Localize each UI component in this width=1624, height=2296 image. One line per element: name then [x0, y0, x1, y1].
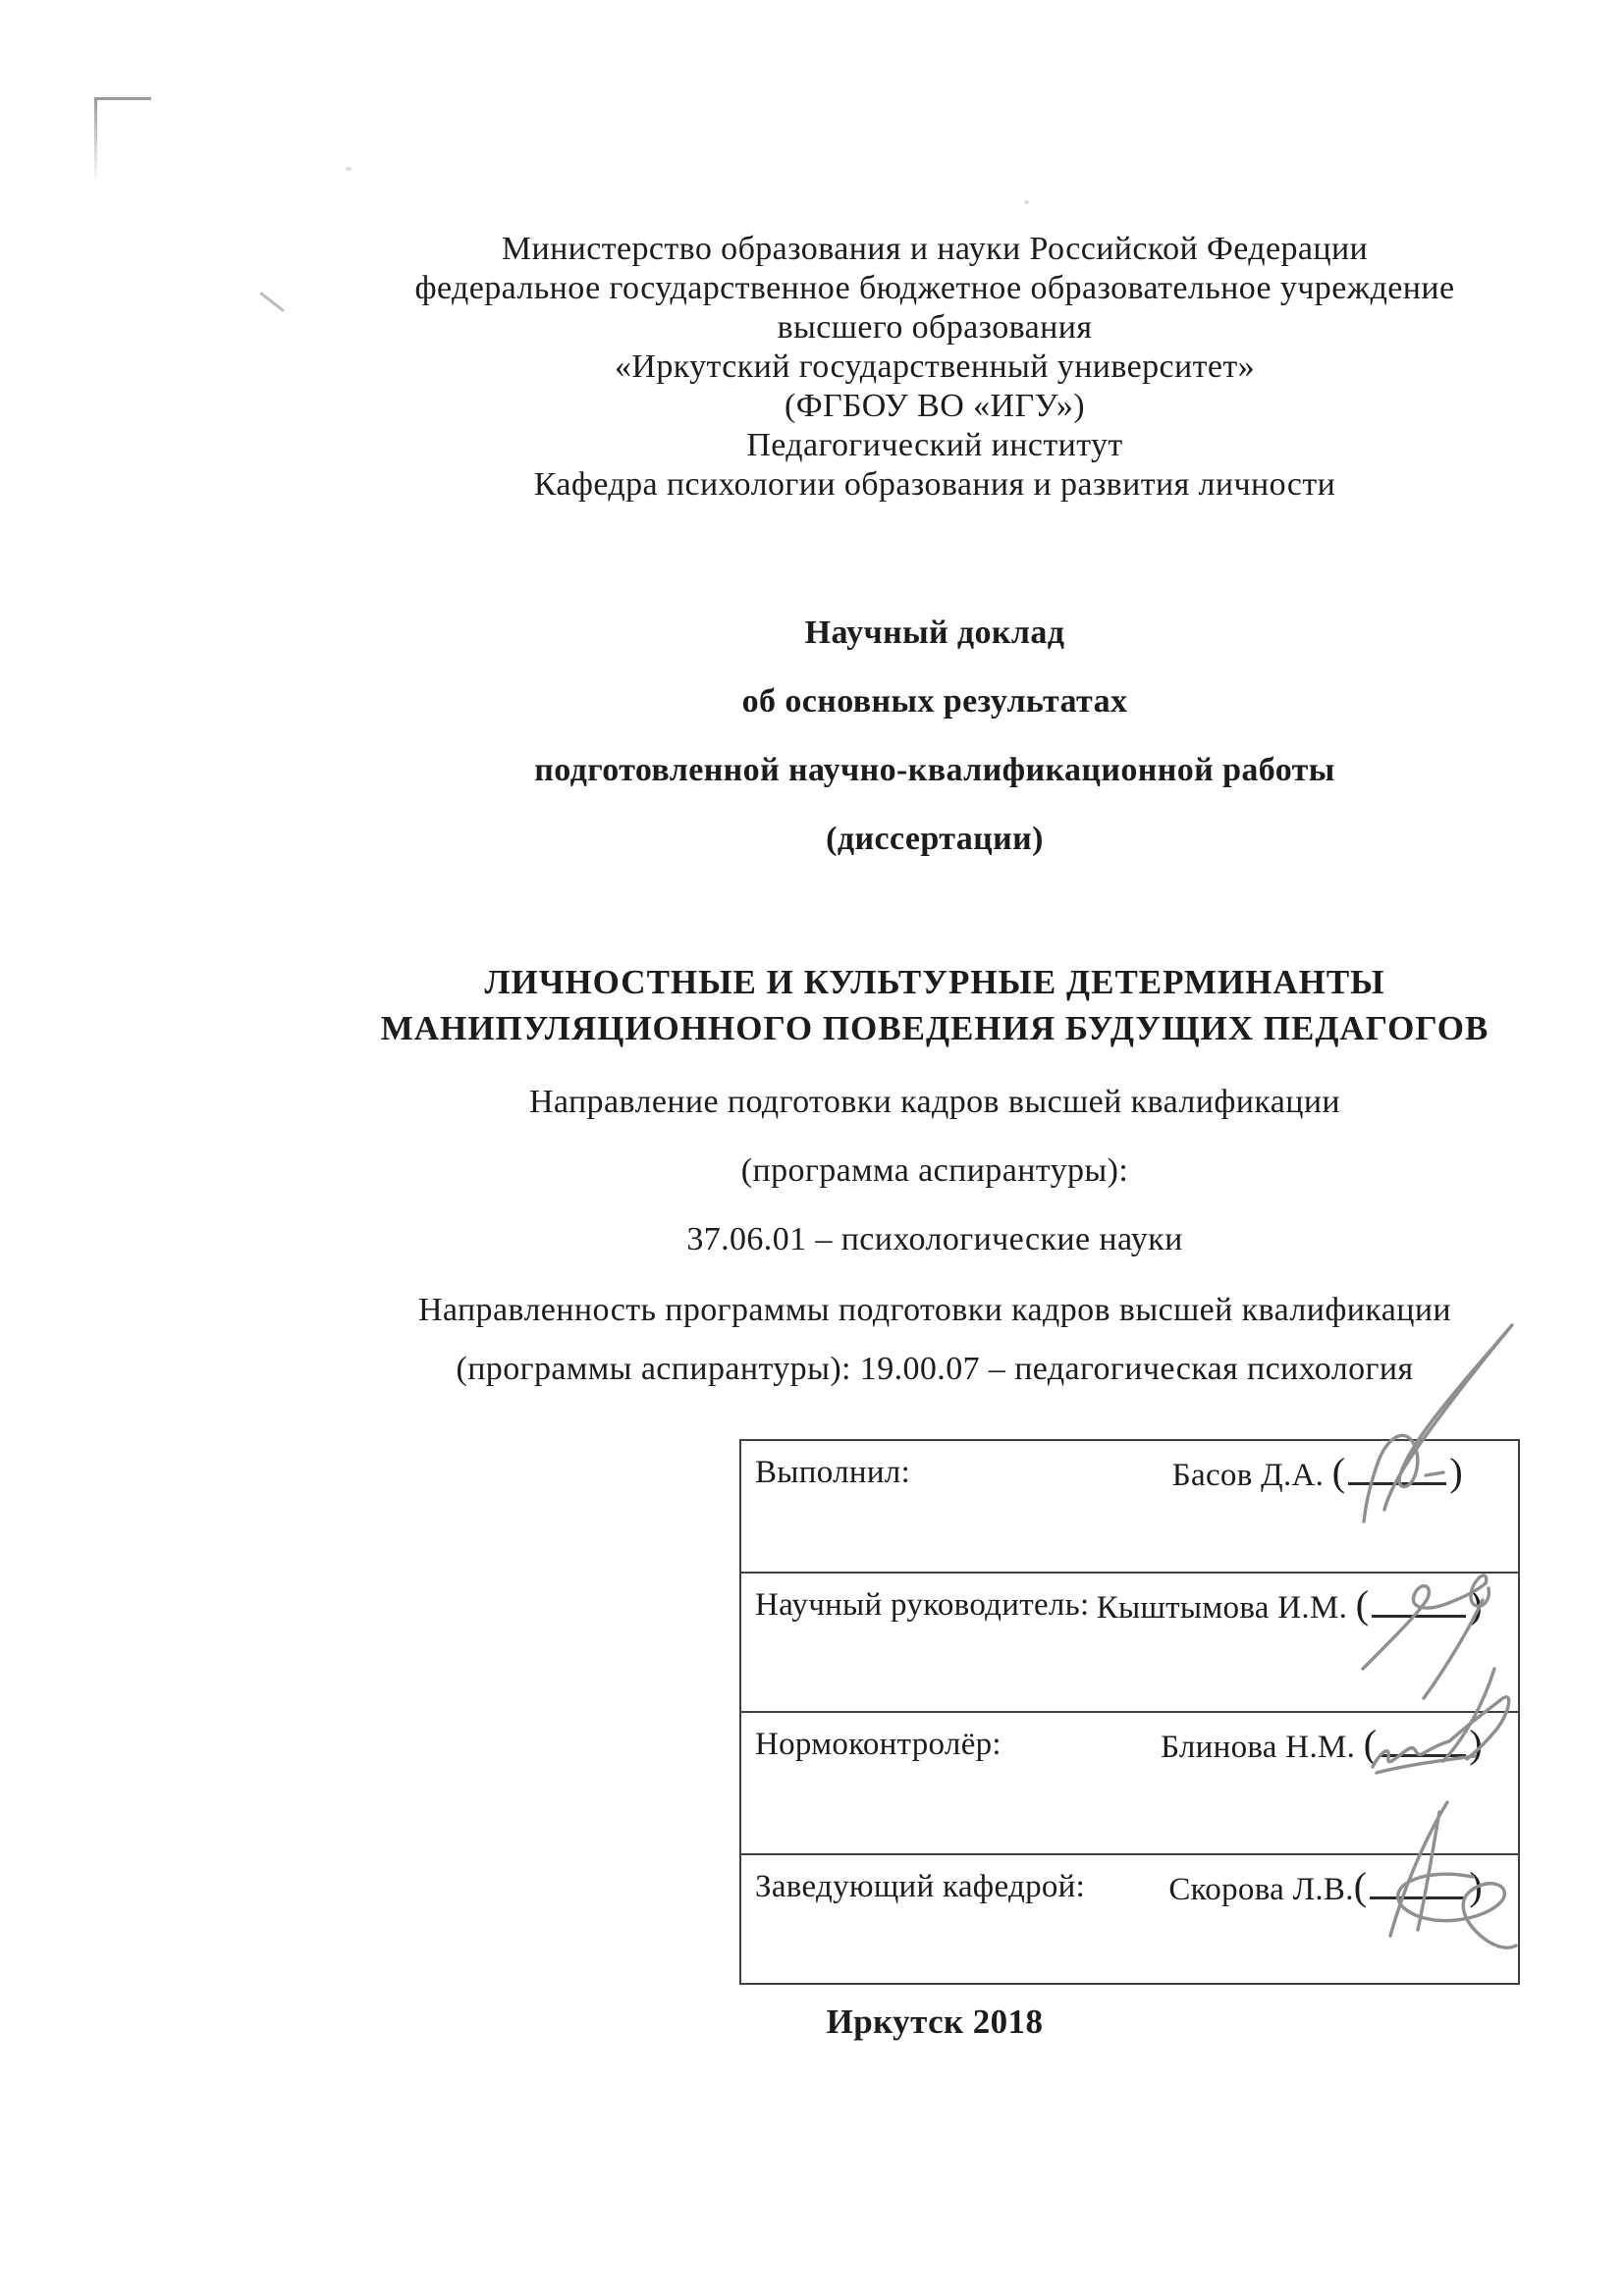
scan-speck — [346, 167, 352, 171]
table-row-department-head: Заведующий кафедрой: Скорова Л.В.() — [741, 1853, 1518, 1983]
specialization-block: Направленность программы подготовки кадр… — [245, 1281, 1624, 1399]
specialization-line-1: Направленность программы подготовки кадр… — [245, 1281, 1624, 1340]
report-line-2: об основных результатах — [245, 667, 1624, 736]
report-line-4: (диссертации) — [245, 805, 1624, 874]
title-line-1: ЛИЧНОСТНЫЕ И КУЛЬТУРНЫЕ ДЕТЕРМИНАНТЫ — [245, 959, 1624, 1005]
scan-corner-mark-horizontal — [94, 97, 151, 100]
report-line-3: подготовленной научно-квалификационной р… — [245, 736, 1624, 805]
signature-table: Выполнил: Басов Д.А. () Научный руководи… — [739, 1439, 1520, 1985]
signee-name: Блинова Н.М. — [1161, 1730, 1355, 1765]
header-line-institution: федеральное государственное бюджетное об… — [245, 269, 1624, 308]
paren-close: ) — [1469, 1864, 1483, 1908]
header-line-department: Кафедра психологии образования и развити… — [245, 465, 1624, 505]
scan-corner-mark-vertical — [94, 97, 97, 184]
table-row-supervisor: Научный руководитель: Кыштымова И.М. () — [741, 1572, 1518, 1711]
footer-city-year: Иркутск 2018 — [245, 2002, 1624, 2042]
signee-name: Кыштымова И.М. — [1097, 1590, 1348, 1626]
signee-name-group: Блинова Н.М. () — [1161, 1725, 1483, 1767]
table-row-norm-controller: Нормоконтролёр: Блинова Н.М. () — [741, 1711, 1518, 1853]
header-line-university: «Иркутский государственный университет» — [245, 347, 1624, 387]
title-line-2: МАНИПУЛЯЦИОННОГО ПОВЕДЕНИЯ БУДУЩИХ ПЕДАГ… — [245, 1005, 1624, 1051]
signature-blank-line — [1380, 1754, 1466, 1757]
signature-blank-line — [1348, 1482, 1446, 1485]
role-label: Научный руководитель: — [755, 1585, 1089, 1625]
signee-name: Скорова Л.В. — [1168, 1872, 1353, 1907]
paren-close: ) — [1449, 1450, 1463, 1494]
paren-open: ( — [1332, 1450, 1346, 1494]
program-direction: Направление подготовки кадров высшей ква… — [245, 1068, 1624, 1137]
table-row-author: Выполнил: Басов Д.А. () — [741, 1441, 1518, 1572]
header-line-abbreviation: (ФГБОУ ВО «ИГУ») — [245, 387, 1624, 426]
signee-name: Басов Д.А. — [1172, 1458, 1324, 1493]
paren-close: ) — [1469, 1582, 1483, 1627]
scan-speck — [1024, 200, 1029, 204]
paren-close: ) — [1469, 1722, 1483, 1766]
role-label: Заведующий кафедрой: — [755, 1867, 1085, 1906]
report-type-block: Научный доклад об основных результатах п… — [245, 599, 1624, 874]
report-line-1: Научный доклад — [245, 599, 1624, 667]
program-code: 37.06.01 – психологические науки — [245, 1205, 1624, 1274]
program-type: (программа аспирантуры): — [245, 1137, 1624, 1205]
program-block: Направление подготовки кадров высшей ква… — [245, 1068, 1624, 1274]
signee-name-group: Кыштымова И.М. () — [1097, 1585, 1483, 1628]
signee-name-group: Басов Д.А. () — [1172, 1453, 1463, 1495]
paren-open: ( — [1364, 1722, 1378, 1766]
header-line-institute: Педагогический институт — [245, 426, 1624, 465]
dissertation-title: ЛИЧНОСТНЫЕ И КУЛЬТУРНЫЕ ДЕТЕРМИНАНТЫ МАН… — [245, 959, 1624, 1051]
paren-open: ( — [1356, 1582, 1370, 1627]
signee-name-group: Скорова Л.В.() — [1168, 1867, 1483, 1909]
specialization-line-2: (программы аспирантуры): 19.00.07 – педа… — [245, 1340, 1624, 1399]
city-year-text: Иркутск 2018 — [245, 2002, 1624, 2042]
university-header: Министерство образования и науки Российс… — [245, 230, 1624, 505]
role-label: Нормоконтролёр: — [755, 1725, 1001, 1764]
signature-blank-line — [1372, 1615, 1466, 1618]
paren-open: ( — [1354, 1864, 1368, 1908]
header-line-education: высшего образования — [245, 308, 1624, 347]
signature-blank-line — [1370, 1896, 1466, 1899]
role-label: Выполнил: — [755, 1453, 910, 1492]
header-line-ministry: Министерство образования и науки Российс… — [245, 230, 1624, 269]
scanned-title-page: Министерство образования и науки Российс… — [0, 0, 1624, 2296]
